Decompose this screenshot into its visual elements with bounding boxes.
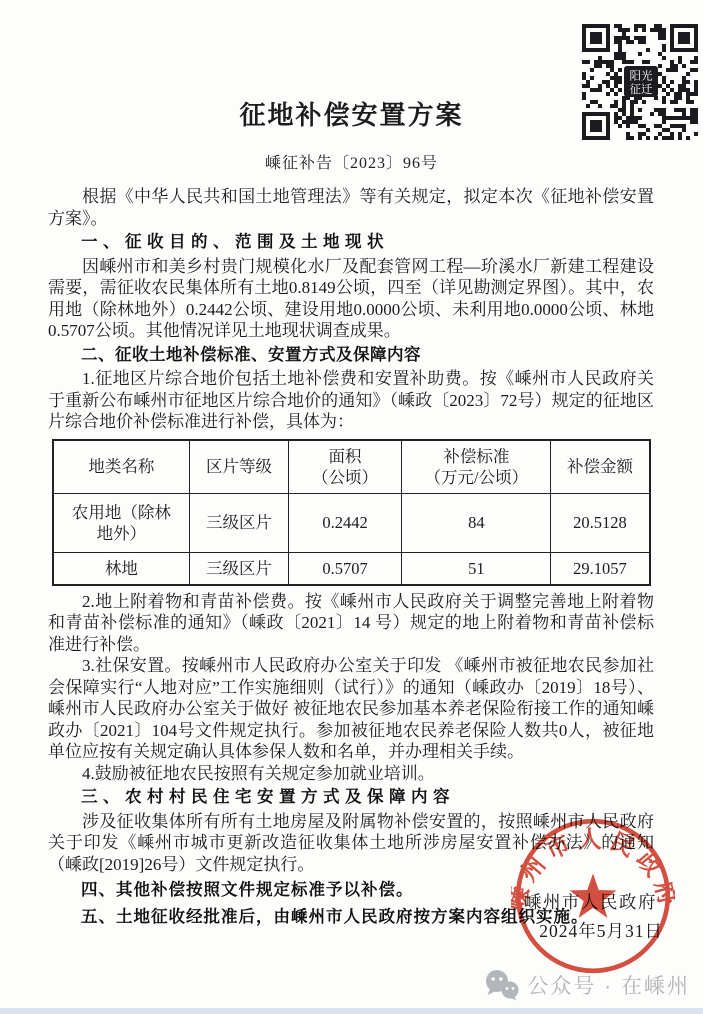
- section2-paragraph2: 2.地上附着物和青苗补偿费。按《嵊州市人民政府关于调整完善地上附着物和青苗补偿标…: [48, 591, 654, 656]
- section2-paragraph3: 3.社保安置。按嵊州市人民政府办公室关于印发 《嵊州市被征地农民参加社会保障实行…: [48, 655, 654, 763]
- svg-text:阳光: 阳光: [630, 69, 653, 83]
- section1-paragraph: 因嵊州市和美乡村贵门规模化水厂及配套管网工程—玠溪水厂新建工程建设需要，需征收农…: [48, 256, 654, 342]
- section2-paragraph4: 4.鼓励被征地农民按照有关规定参加就业培训。: [48, 763, 654, 785]
- section3-heading: 三、农村村民住宅安置方式及保障内容: [48, 787, 654, 809]
- signature-date: 2024年5月31日: [0, 918, 663, 943]
- cell-amount: 20.5128: [551, 493, 650, 552]
- col-header-standard: 补偿标准 （万元/公顷）: [402, 440, 551, 494]
- cell-zone-level: 三级区片: [190, 552, 289, 585]
- cell-standard: 51: [402, 552, 551, 585]
- col-header-area: 面积 （公顷）: [288, 440, 401, 494]
- table-row: 林地 三级区片 0.5707 51 29.1057: [53, 552, 650, 585]
- intro-paragraph: 根据《中华人民共和国土地管理法》等有关规定，拟定本次《征地补偿安置方案》。: [48, 186, 654, 229]
- cell-amount: 29.1057: [551, 552, 650, 585]
- table-row: 农用地（除林 地外） 三级区片 0.2442 84 20.5128: [53, 493, 650, 552]
- qr-code: 阳光征迁: [582, 24, 698, 140]
- cell-land-type: 林地: [53, 552, 190, 585]
- col-header-land-type: 地类名称: [53, 440, 190, 494]
- footer-label: 公众号 · 在嵊州: [527, 970, 690, 1000]
- signature-issuer: 嵊州市人民政府: [0, 889, 657, 914]
- section2-paragraph1: 1.征地区片综合地价包括土地补偿费和安置补助费。按《嵊州市人民政府关于重新公布嵊…: [48, 368, 654, 433]
- cell-area: 0.2442: [288, 493, 401, 552]
- wechat-footer: 公众号 · 在嵊州: [484, 969, 690, 1001]
- document-page: 阳光征迁 征地补偿安置方案 嵊征补告〔2023〕96号 根据《中华人民共和国土地…: [0, 0, 703, 1014]
- cell-area: 0.5707: [288, 552, 401, 585]
- bottom-edge-strip: [0, 1008, 703, 1014]
- compensation-table: 地类名称 区片等级 面积 （公顷） 补偿标准 （万元/公顷） 补偿金额 农用地（…: [52, 439, 651, 586]
- svg-text:征迁: 征迁: [630, 83, 653, 96]
- cell-zone-level: 三级区片: [190, 493, 289, 552]
- cell-land-type: 农用地（除林 地外）: [53, 493, 190, 552]
- document-number: 嵊征补告〔2023〕96号: [0, 150, 703, 173]
- wechat-icon: [484, 969, 520, 1001]
- document-body: 根据《中华人民共和国土地管理法》等有关规定，拟定本次《征地补偿安置方案》。 一、…: [0, 173, 703, 928]
- table-header-row: 地类名称 区片等级 面积 （公顷） 补偿标准 （万元/公顷） 补偿金额: [53, 440, 650, 494]
- section1-heading: 一、征收目的、范围及土地现状: [48, 232, 654, 254]
- cell-standard: 84: [402, 493, 551, 552]
- section2-heading: 二、征收土地补偿标准、安置方式及保障内容: [48, 345, 654, 367]
- section3-paragraph: 涉及征收集体所有所有土地房屋及附属物补偿安置的，按照嵊州市人民政府关于印发《嵊州…: [48, 811, 654, 876]
- col-header-zone-level: 区片等级: [190, 440, 289, 494]
- col-header-amount: 补偿金额: [551, 440, 650, 494]
